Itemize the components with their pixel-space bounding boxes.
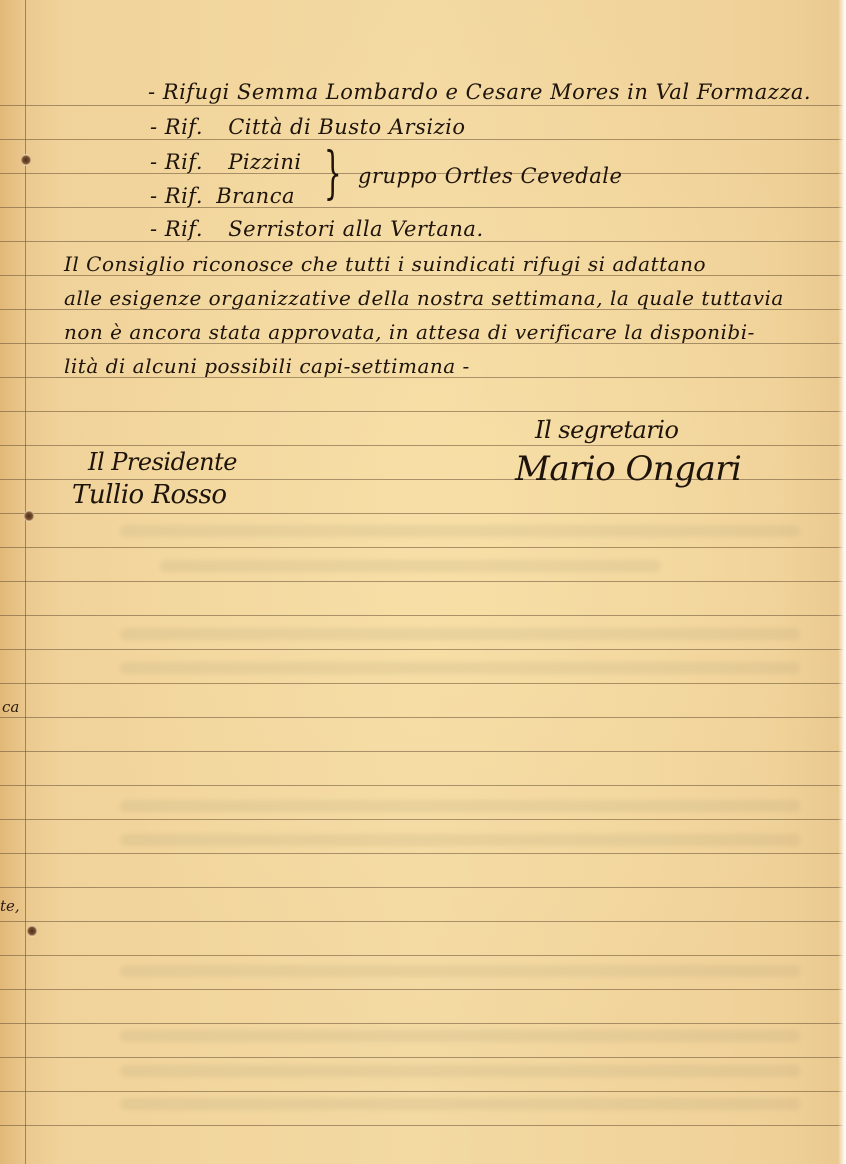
ruled-line <box>0 683 846 684</box>
ruled-line <box>0 1023 846 1024</box>
group-note: gruppo Ortles Cevedale <box>358 166 622 187</box>
paragraph-line: lità di alcuni possibili capi-settimana … <box>64 356 470 376</box>
bleed-through-text <box>120 662 800 674</box>
secretary-title: Il segretario <box>535 418 678 442</box>
paragraph-line: alle esigenze organizzative della nostra… <box>64 288 784 308</box>
paragraph-line: non è ancora stata approvata, in attesa … <box>64 322 755 342</box>
ruled-line <box>0 445 846 446</box>
brace-icon: } <box>324 146 342 202</box>
ruled-line <box>0 785 846 786</box>
ruled-line <box>0 989 846 990</box>
ruled-line <box>0 819 846 820</box>
list-item-prefix: - Rif. <box>150 184 203 208</box>
notebook-page: - Rifugi Semma Lombardo e Cesare Mores i… <box>0 0 846 1164</box>
ruled-line <box>0 1091 846 1092</box>
list-item: - Rif. Branca <box>150 186 295 207</box>
page-edge <box>838 0 846 1164</box>
ruled-line <box>0 547 846 548</box>
bleed-through-text <box>120 628 800 640</box>
ruled-line <box>0 207 846 208</box>
binding-hole <box>27 925 37 937</box>
binding-hole <box>24 510 34 522</box>
list-item-text: Branca <box>216 184 295 208</box>
margin-fragment: ca <box>2 698 19 716</box>
ruled-line <box>0 751 846 752</box>
ruled-line <box>0 1125 846 1126</box>
ruled-line <box>0 649 846 650</box>
ruled-line <box>0 513 846 514</box>
president-title: Il Presidente <box>88 450 237 474</box>
bleed-through-text <box>120 1098 800 1110</box>
ruled-line <box>0 581 846 582</box>
list-item: - Rif. Città di Busto Arsizio <box>150 117 466 138</box>
bleed-through-text <box>120 800 800 812</box>
ruled-line <box>0 105 846 106</box>
list-item: - Rif. Serristori alla Vertana. <box>150 219 484 240</box>
list-item-prefix: - Rif. <box>150 217 203 241</box>
bleed-through-text <box>120 834 800 846</box>
margin-fragment: te, <box>0 897 20 915</box>
ruled-line <box>0 921 846 922</box>
ruled-line <box>0 241 846 242</box>
bleed-through-text <box>120 1065 800 1077</box>
ruled-line <box>0 717 846 718</box>
list-item-text: Pizzini <box>228 150 301 174</box>
list-item-prefix: - Rifugi <box>148 80 230 104</box>
list-item: - Rifugi Semma Lombardo e Cesare Mores i… <box>148 82 811 103</box>
ruled-line <box>0 139 846 140</box>
bleed-through-text <box>120 1030 800 1042</box>
list-item-prefix: - Rif. <box>150 150 203 174</box>
bleed-through-text <box>120 965 800 977</box>
bleed-through-text <box>120 525 800 537</box>
list-item-prefix: - Rif. <box>150 115 203 139</box>
list-item-text: Serristori alla Vertana. <box>228 217 483 241</box>
list-item-text: Semma Lombardo e Cesare Mores in Val For… <box>237 80 811 104</box>
binding-hole <box>21 154 31 166</box>
secretary-signature: Mario Ongari <box>515 452 741 486</box>
paragraph-line: Il Consiglio riconosce che tutti i suind… <box>64 254 706 274</box>
list-item: - Rif. Pizzini <box>150 152 302 173</box>
margin-line <box>25 0 26 1164</box>
ruled-line <box>0 1057 846 1058</box>
bleed-through-text <box>160 560 660 572</box>
ruled-line <box>0 955 846 956</box>
list-item-text: Città di Busto Arsizio <box>228 115 465 139</box>
ruled-line <box>0 411 846 412</box>
president-signature: Tullio Rosso <box>72 482 227 508</box>
ruled-line <box>0 615 846 616</box>
ruled-line <box>0 887 846 888</box>
ruled-line <box>0 853 846 854</box>
